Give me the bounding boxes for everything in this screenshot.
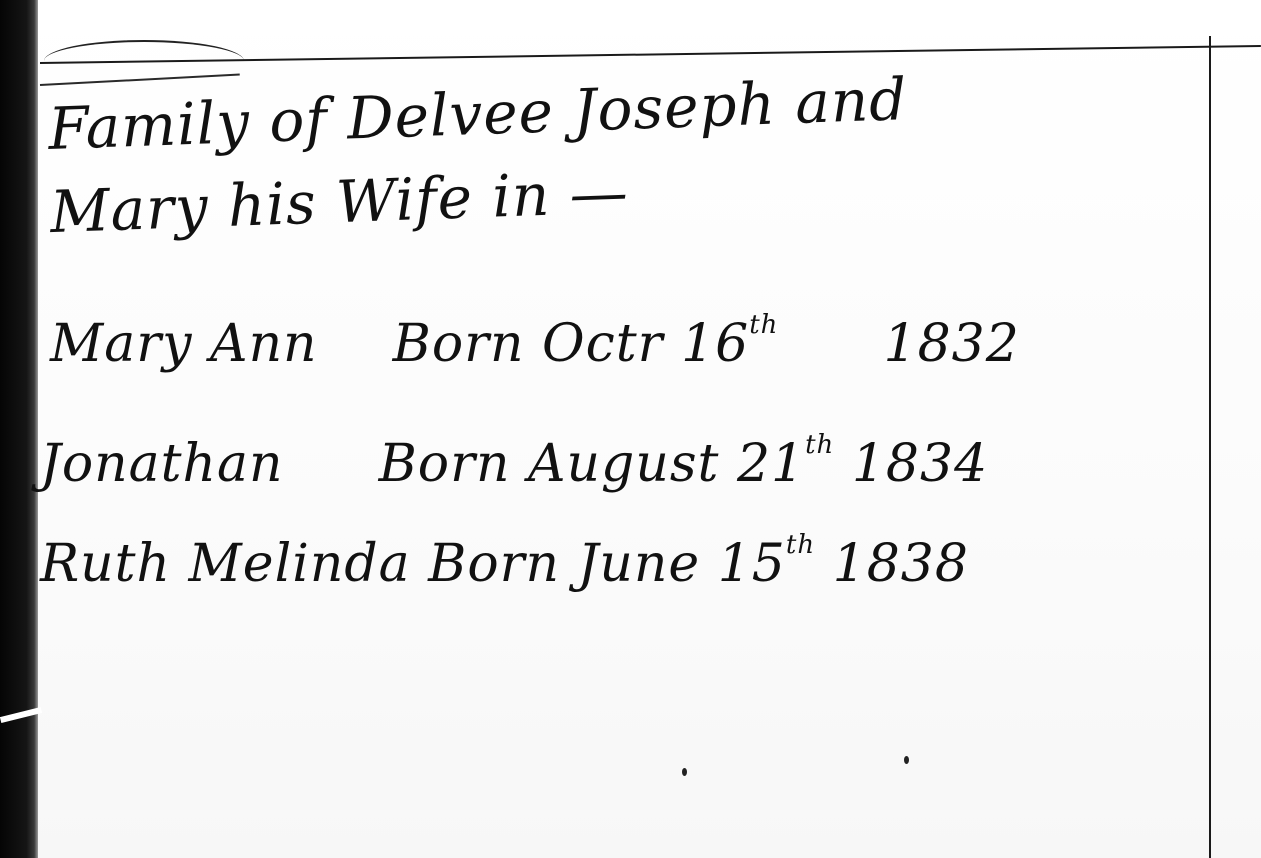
right-margin-line [1209, 36, 1211, 858]
entry-name: Jonathan [40, 434, 284, 494]
entry-day-suffix: th [805, 430, 834, 460]
heading-line-2: Mary his Wife in — [49, 158, 630, 246]
entry-born-label: Born [428, 534, 560, 594]
book-binding-edge [0, 0, 38, 858]
entry-day-suffix: th [786, 530, 815, 560]
entry-day: 15 [718, 534, 786, 594]
ink-speck [904, 756, 909, 764]
entry-day: 16 [681, 314, 749, 374]
entry-name: Mary Ann [50, 314, 318, 374]
document-page: Family of Delvee Joseph and Mary his Wif… [0, 0, 1261, 858]
entry-day-suffix: th [749, 310, 778, 340]
entry-year: 1838 [833, 534, 969, 594]
birth-entry: Ruth Melinda Born June 15th 1838 [40, 530, 969, 594]
entry-name: Ruth Melinda [40, 534, 411, 594]
entry-day: 21 [737, 434, 805, 494]
entry-born-label: Born [379, 434, 511, 494]
entry-year: 1834 [852, 434, 988, 494]
entry-month: June [578, 534, 701, 594]
entry-month: August [528, 434, 719, 494]
birth-entry: Jonathan Born August 21th 1834 [40, 430, 988, 494]
ink-speck [682, 768, 687, 776]
entry-year: 1832 [884, 314, 1020, 374]
entry-month: Octr [542, 314, 664, 374]
entry-born-label: Born [393, 314, 525, 374]
birth-entry: Mary Ann Born Octr 16th 1832 [50, 310, 1020, 374]
